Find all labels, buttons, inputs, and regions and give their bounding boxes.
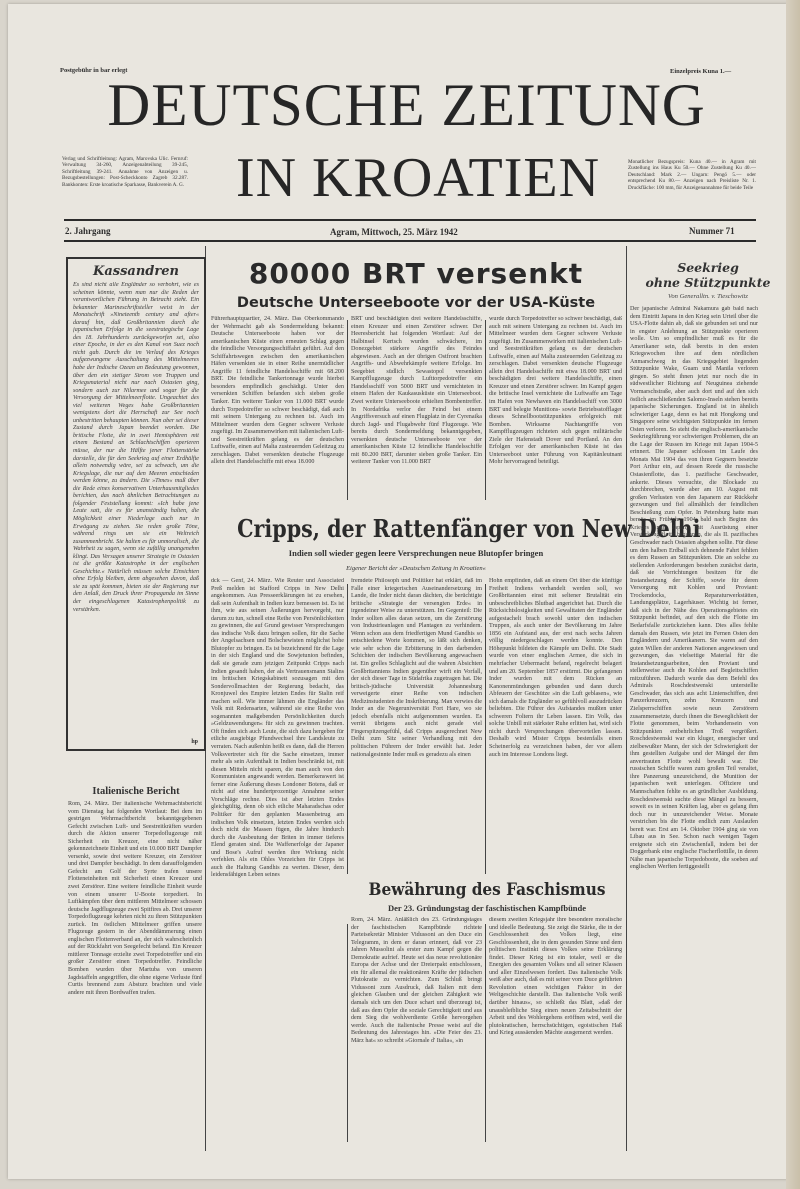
cripps-col2: fremdete Philosoph und Politiker hat erk… [351,578,482,868]
column-rule [626,246,627,1151]
volume-label: 2. Jahrgang [65,226,111,236]
masthead-rule-bottom [64,240,756,242]
column-rule [347,584,348,874]
masthead-title-line1: DEUTSCHE ZEITUNG [62,74,751,136]
dateline: Agram, Mittwoch, 25. März 1942 [330,227,458,237]
main-article-col1: Führerhauptquartier, 24. März. Das Oberk… [211,316,344,506]
italian-report-text: Rom, 24. März. Der italienische Wehrmach… [68,801,202,1105]
kassandren-text: Es sind nicht alle Engländer so verbohrt… [73,282,199,734]
fascism-headline: Bewährung des Faschismus [362,879,612,901]
seekrieg-title-line1: Seekrieg [628,260,788,275]
kassandren-signature: hp [191,739,198,745]
cripps-col1: dck — Genf, 24. März. Wie Reuter und Ass… [211,578,344,918]
column-rule [485,584,486,874]
seekrieg-text: Der japanische Admiral Nakamura gab bald… [630,306,758,1114]
column-rule [485,320,486,500]
kassandren-box: Kassandren Es sind nicht alle Engländer … [66,257,206,751]
seekrieg-title-line2: ohne Stützpunkte [628,275,788,290]
cripps-subheadline: Indien soll wieder gegen leere Versprech… [208,548,624,558]
publisher-info-box: Verlag und Schriftleitung: Agram, Marovs… [62,156,188,208]
issue-number: Nummer 71 [689,226,735,236]
subscription-info-box: Monatlicher Bezugspreis: Kuna 40.— in Ag… [628,159,756,209]
seekrieg-author: Von Generalltn. v. Tieschowitz [630,293,786,300]
main-subheadline: Deutsche Unterseeboote vor der USA-Küste [208,294,624,312]
column-rule [347,320,348,500]
fascism-col1: Rom, 24. März. Anläßlich des 23. Gründun… [351,917,482,1142]
masthead-title-line2: IN KROATIEN [218,149,618,207]
cripps-byline: Eigener Bericht der »Deutschen Zeitung i… [208,565,624,572]
main-headline: 80000 BRT versenkt [208,258,624,290]
column-rule [347,924,348,1142]
fascism-col2: diesem zweiten Kriegsjahr ihre besondere… [489,917,622,1142]
cripps-col3: Hohn empfinden, daß an einem Ort über di… [489,578,622,868]
italian-report-title: Italienische Bericht [66,786,206,797]
main-article-col3: wurde durch Torpedotreffer so schwer bes… [489,316,622,506]
cripps-headline: Cripps, der Rattenfänger von New Delhi [237,514,595,544]
main-article-col2: BRT und beschädigten drei weitere Handel… [351,316,482,506]
masthead-rule-top [64,219,756,221]
paper-edge [786,0,800,1189]
fascism-subheadline: Der 23. Gründungstag der faschistischen … [348,903,626,913]
column-rule [485,924,486,1142]
kassandren-title: Kassandren [68,264,204,279]
newspaper-page: Postgebühr in bar erlegt Einzelpreis Kun… [8,4,788,1179]
